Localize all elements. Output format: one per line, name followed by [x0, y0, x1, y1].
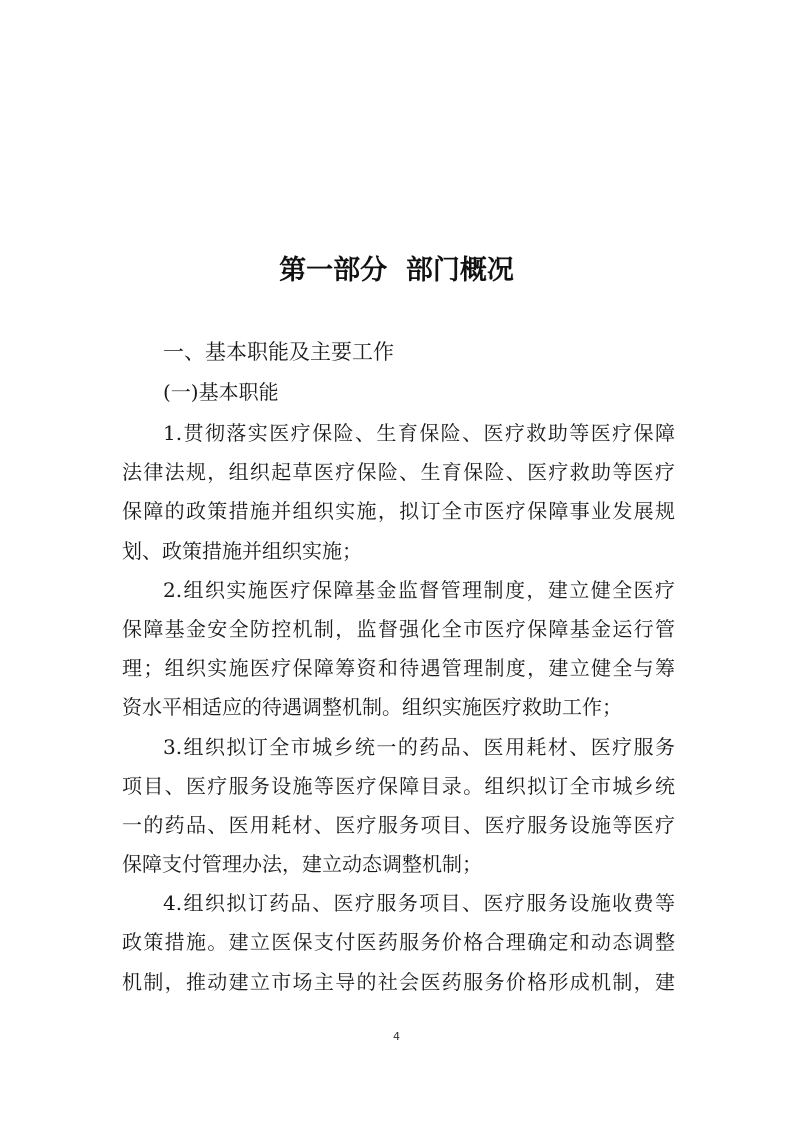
- paragraph-1-line: 划、政策措施并组织实施；: [122, 532, 675, 571]
- paragraph-4-line: 4.组织拟订药品、医疗服务项目、医疗服务设施收费等: [122, 884, 675, 923]
- body-text: 1.贯彻落实医疗保险、生育保险、医疗救助等医疗保障 法律法规，组织起草医疗保险、…: [122, 414, 675, 1002]
- paragraph-4-line: 机制，推动建立市场主导的社会医药服务价格形成机制，建: [122, 963, 675, 1002]
- paragraph-4-line: 政策措施。建立医保支付医药服务价格合理确定和动态调整: [122, 923, 675, 962]
- paragraph-3-line: 3.组织拟订全市城乡统一的药品、医用耗材、医疗服务: [122, 728, 675, 767]
- paragraph-3-line: 保障支付管理办法，建立动态调整机制；: [122, 845, 675, 884]
- paragraph-3-line: 一的药品、医用耗材、医疗服务项目、医疗服务设施等医疗: [122, 806, 675, 845]
- paragraph-2-line: 理；组织实施医疗保障筹资和待遇管理制度，建立健全与筹: [122, 649, 675, 688]
- section-heading: 一、基本职能及主要工作: [163, 336, 394, 366]
- paragraph-2-line: 保障基金安全防控机制，监督强化全市医疗保障基金运行管: [122, 610, 675, 649]
- document-page: 第一部分 部门概况 一、基本职能及主要工作 (一)基本职能 1.贯彻落实医疗保险…: [0, 0, 793, 1122]
- subsection-heading: (一)基本职能: [163, 376, 279, 405]
- paragraph-1-line: 法律法规，组织起草医疗保险、生育保险、医疗救助等医疗: [122, 453, 675, 492]
- paragraph-1-line: 1.贯彻落实医疗保险、生育保险、医疗救助等医疗保障: [122, 414, 675, 453]
- paragraph-1-line: 保障的政策措施并组织实施，拟订全市医疗保障事业发展规: [122, 492, 675, 531]
- page-title: 第一部分 部门概况: [0, 248, 793, 287]
- paragraph-3-line: 项目、医疗服务设施等医疗保障目录。组织拟订全市城乡统: [122, 767, 675, 806]
- paragraph-2-line: 资水平相适应的待遇调整机制。组织实施医疗救助工作；: [122, 688, 675, 727]
- page-number: 4: [0, 1030, 793, 1043]
- paragraph-2-line: 2.组织实施医疗保障基金监督管理制度，建立健全医疗: [122, 571, 675, 610]
